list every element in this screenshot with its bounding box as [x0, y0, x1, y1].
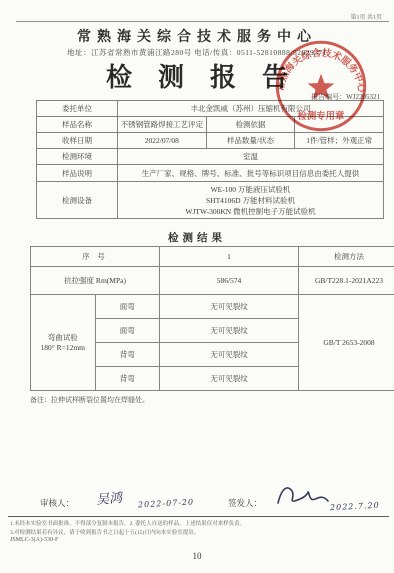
quantity-value: 1件/管样；外观正常: [295, 133, 384, 149]
bend-type: 背弯: [95, 367, 160, 391]
sample-name-value: 不锈钢管路焊接工艺评定: [118, 117, 207, 133]
footer-form-code: JSMLC-3(A)-330-F: [10, 537, 58, 543]
footer-rule: [8, 516, 389, 517]
bend-type: 背弯: [95, 343, 160, 367]
bend-test-label: 弯曲试验 180° R=12mm: [31, 295, 96, 391]
header-rule: [16, 21, 389, 22]
seal-star-icon: [308, 74, 335, 99]
table-row: 检测设备 WE-100 万能液压试验机 SHT4106D 万能材料试验机 WJT…: [37, 182, 384, 219]
equipment-value: WE-100 万能液压试验机 SHT4106D 万能材料试验机 WJTW-300…: [118, 182, 384, 219]
table-row: 抗拉强度 Rm(MPa) 586/574 GB/T228.1-2021A223: [31, 267, 394, 295]
environment-label: 检测环境: [37, 149, 118, 165]
tensile-method: GB/T228.1-2021A223: [299, 267, 394, 295]
remark-note: 备注：拉伸试样断裂位置均在焊缝处。: [30, 395, 149, 405]
sample-desc-value: 生产厂家、规格、牌号、标准、批号等标识项目信息由委托人提供: [118, 165, 384, 182]
issuer-signature-scribble: [272, 483, 334, 511]
reviewer-label: 审核人：: [40, 497, 74, 509]
footer-note-line2: 3.对检测结果若有异议，请于收到报告书之日起十五(15)日内向本实验室提出。: [10, 528, 199, 536]
tensile-value: 586/574: [160, 267, 299, 295]
tensile-label: 抗拉强度 Rm(MPa): [31, 267, 160, 295]
table-row: 序 号 1 检测方法: [31, 247, 394, 267]
report-page: 第1页 共1页 常熟海关综合技术服务中心 地址：江苏省常熟市黄浦江路280号 电…: [0, 0, 394, 573]
page-header: 第1页 共1页: [350, 12, 382, 21]
results-table: 序 号 1 检测方法 抗拉强度 Rm(MPa) 586/574 GB/T228.…: [30, 246, 394, 391]
reviewer-signature: 吴鸿: [95, 487, 123, 508]
equipment-line: SHT4106D 万能材料试验机: [120, 195, 381, 206]
quantity-label: 样品数量/状态: [206, 133, 295, 149]
bend-type: 面弯: [95, 295, 160, 319]
table-row: 弯曲试验 180° R=12mm 面弯 无可见裂纹 GB/T 2653-2008: [31, 295, 394, 319]
bend-label-line1: 弯曲试验: [33, 333, 93, 343]
bend-type: 面弯: [95, 319, 160, 343]
equipment-label: 检测设备: [37, 182, 118, 219]
issuer-label: 签发人：: [228, 497, 262, 509]
bend-method: GB/T 2653-2008: [299, 295, 394, 391]
results-section-title: 检测结果: [0, 230, 394, 245]
table-row: 收样日期 2022/07/08 样品数量/状态 1件/管样；外观正常: [37, 133, 384, 149]
bend-result: 无可见裂纹: [160, 319, 299, 343]
bend-label-line2: 180° R=12mm: [33, 343, 93, 353]
results-header-no: 序 号: [31, 247, 160, 267]
footer-note-line1: 1.未经本实验室书面批准，不得部分复制本报告。2. 委托人自送的样品，上述结果仅…: [10, 519, 245, 527]
reviewer-date: 2022-07-20: [138, 498, 195, 510]
receive-date-label: 收样日期: [37, 133, 118, 149]
bend-result: 无可见裂纹: [160, 367, 299, 391]
table-row: 检测环境 室温: [37, 149, 384, 165]
sample-desc-label: 样品说明: [37, 165, 118, 182]
bend-result: 无可见裂纹: [160, 343, 299, 367]
client-label: 委托单位: [37, 101, 118, 117]
issuer-date: 2022.7.20: [330, 501, 380, 513]
seal-bottom-text: 检测专用章: [298, 110, 346, 122]
results-header-col1: 1: [160, 247, 299, 267]
official-seal-stamp: 常熟海关综合技术服务中心 检测专用章: [274, 39, 368, 133]
table-row: 样品说明 生产厂家、规格、牌号、标准、批号等标识项目信息由委托人提供: [37, 165, 384, 182]
sample-name-label: 样品名称: [37, 117, 118, 133]
page-number: 10: [0, 551, 394, 561]
results-header-method: 检测方法: [299, 247, 394, 267]
equipment-line: WE-100 万能液压试验机: [120, 184, 381, 195]
receive-date-value: 2022/07/08: [118, 133, 207, 149]
equipment-line: WJTW-300KN 微机控制电子万能试验机: [120, 206, 381, 217]
bend-result: 无可见裂纹: [160, 295, 299, 319]
environment-value: 室温: [118, 149, 384, 165]
